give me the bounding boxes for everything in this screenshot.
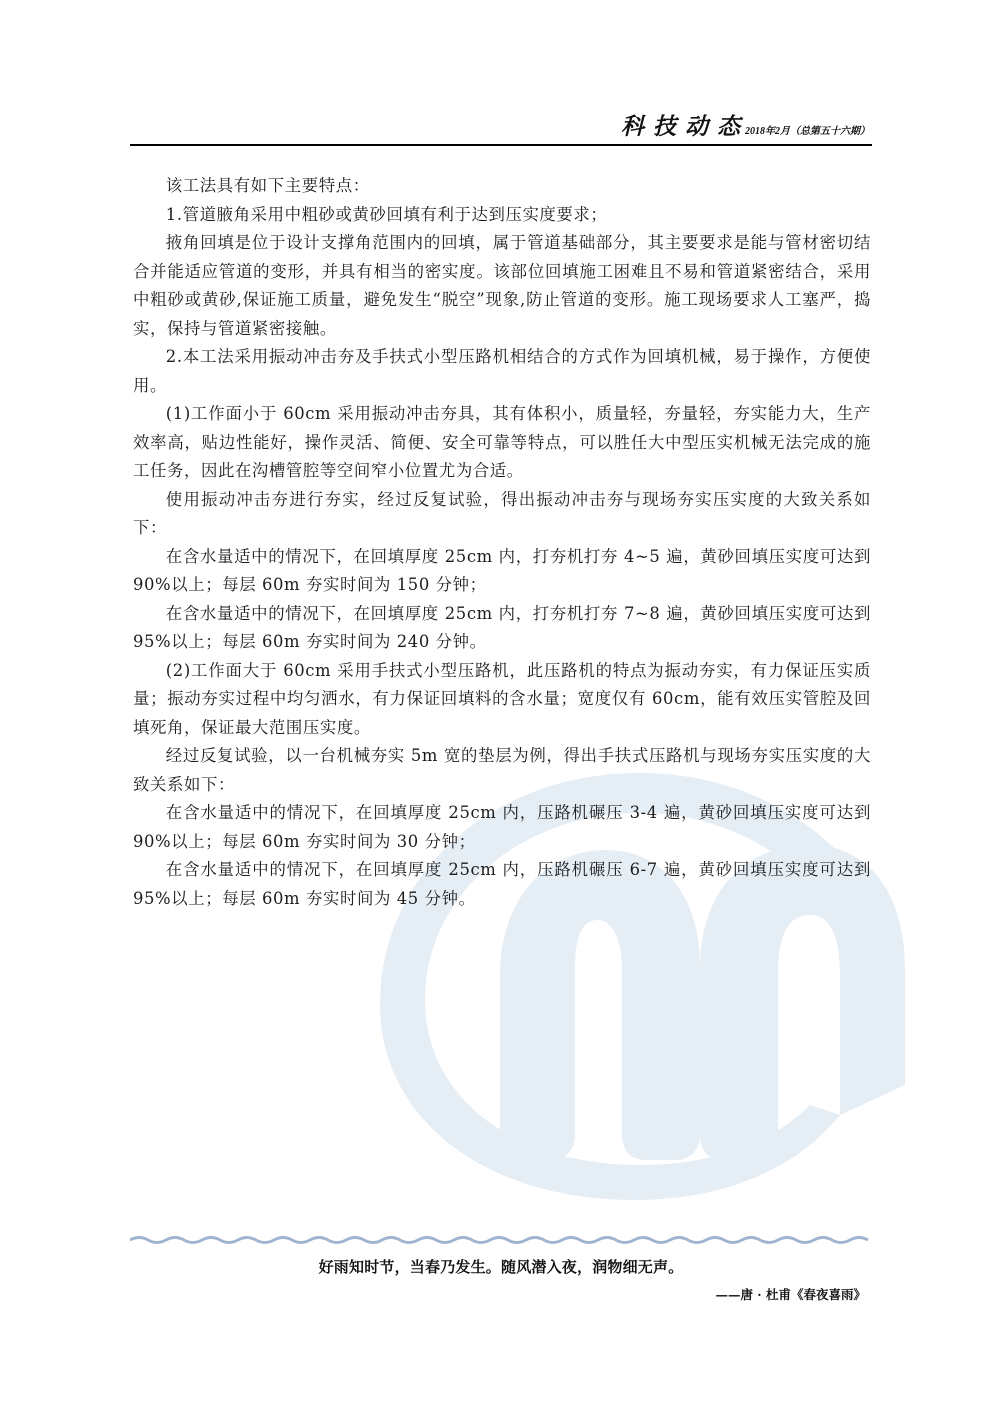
page-header: 科技动态 2018年2月（总第五十六期） — [130, 108, 872, 146]
paragraph: 1.管道腋角采用中粗砂或黄砂回填有利于达到压实度要求； — [133, 201, 871, 230]
wave-divider-icon — [130, 1232, 872, 1246]
paragraph: 在含水量适中的情况下，在回填厚度 25cm 内，打夯机打夯 4~5 遍，黄砂回填… — [133, 543, 871, 600]
paragraph: 在含水量适中的情况下，在回填厚度 25cm 内，打夯机打夯 7~8 遍，黄砂回填… — [133, 600, 871, 657]
article-body: 该工法具有如下主要特点： 1.管道腋角采用中粗砂或黄砂回填有利于达到压实度要求；… — [133, 172, 871, 913]
header-rule — [130, 144, 872, 146]
paragraph: (2)工作面大于 60cm 采用手扶式小型压路机，此压路机的特点为振动夯实，有力… — [133, 657, 871, 743]
paragraph: 2.本工法采用振动冲击夯及手扶式小型压路机相结合的方式作为回填机械，易于操作，方… — [133, 343, 871, 400]
paragraph: (1)工作面小于 60cm 采用振动冲击夯具，其有体积小，质量轻，夯量轻，夯实能… — [133, 400, 871, 486]
poem-attribution: ——唐 · 杜甫《春夜喜雨》 — [130, 1285, 872, 1303]
header-title-group: 科技动态 2018年2月（总第五十六期） — [621, 108, 870, 141]
footer-poem: 好雨知时节，当春乃发生。随风潜入夜，润物细无声。 — [130, 1256, 872, 1277]
paragraph: 在含水量适中的情况下，在回填厚度 25cm 内，压路机碾压 6-7 遍，黄砂回填… — [133, 856, 871, 913]
paragraph: 使用振动冲击夯进行夯实，经过反复试验，得出振动冲击夯与现场夯实压实度的大致关系如… — [133, 486, 871, 543]
paragraph: 掖角回填是位于设计支撑角范围内的回填，属于管道基础部分，其主要要求是能与管材密切… — [133, 229, 871, 343]
page-footer: 好雨知时节，当春乃发生。随风潜入夜，润物细无声。 ——唐 · 杜甫《春夜喜雨》 — [130, 1232, 872, 1303]
issue-info: 2018年2月（总第五十六期） — [745, 122, 870, 137]
journal-title: 科技动态 — [621, 108, 749, 141]
paragraph: 在含水量适中的情况下，在回填厚度 25cm 内，压路机碾压 3-4 遍，黄砂回填… — [133, 799, 871, 856]
paragraph: 经过反复试验，以一台机械夯实 5m 宽的垫层为例，得出手扶式压路机与现场夯实压实… — [133, 742, 871, 799]
paragraph: 该工法具有如下主要特点： — [133, 172, 871, 201]
